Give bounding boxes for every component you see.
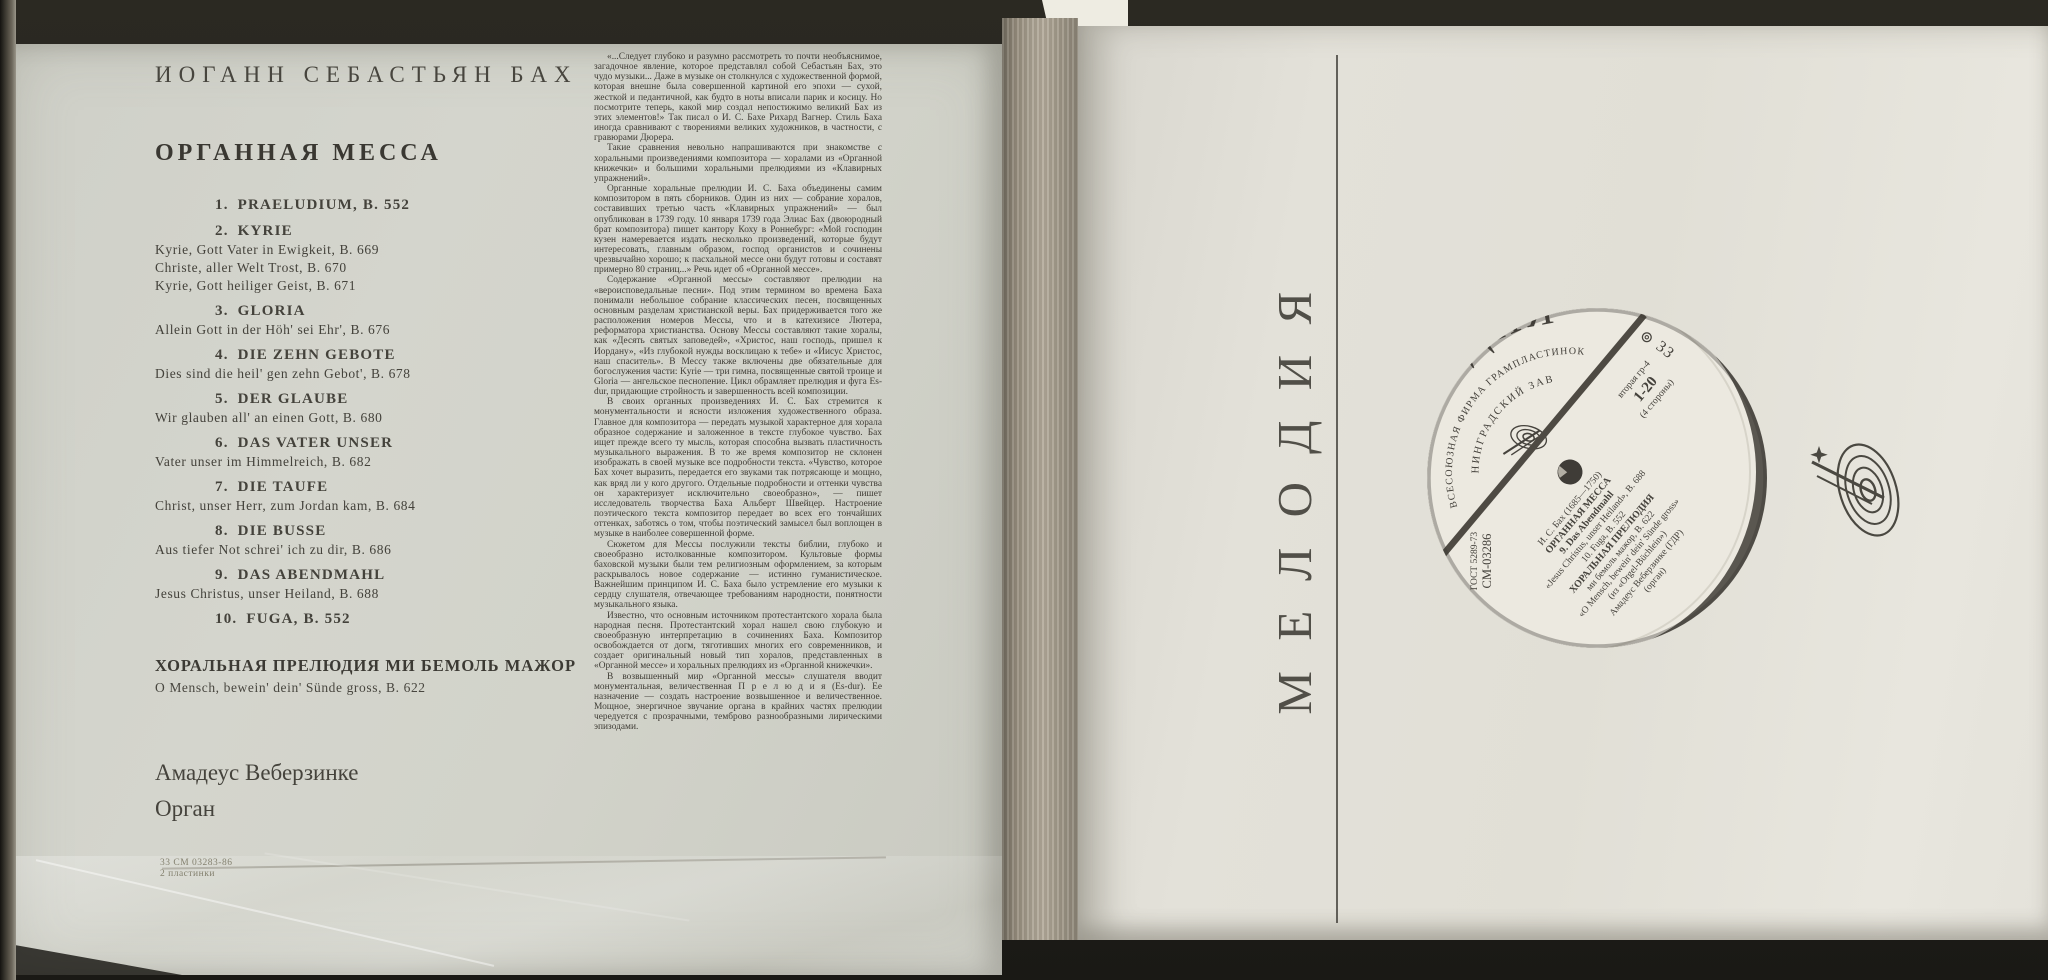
record-in-cutout: МЕЛОДИЯ ВСЕСОЮЗНАЯ ФИРМА ГРАМПЛАСТИНОК Л…: [1340, 240, 1840, 720]
label-catalog-number: СМ-03286: [1480, 534, 1494, 589]
liner-paragraph: Сюжетом для Мессы послужили тексты библи…: [594, 540, 882, 611]
liner-paragraph: В своих органных произведениях И. С. Бах…: [594, 397, 882, 539]
album-title: ОРГАННАЯ МЕССА: [155, 140, 442, 167]
catalog-small-print: 33 СМ 03283-86 2 пластинки: [160, 858, 232, 880]
liner-paragraph: «...Следует глубоко и разумно рассмотрет…: [594, 52, 882, 143]
records-count-note: 2 пластинки: [160, 869, 232, 880]
liner-paragraph: Содержание «Органной мессы» составляют п…: [594, 275, 882, 397]
brand-rule-line: [1336, 55, 1338, 923]
liner-paragraph: В возвышенный мир «Органной мессы» слуша…: [594, 672, 882, 733]
label-catalog-block: ГОСТ 5289-73 СМ-03286: [1470, 532, 1494, 591]
liner-paragraph: Известно, что основным источником протес…: [594, 611, 882, 672]
catalog-number: 33 СМ 03283-86: [160, 858, 232, 869]
chorale-title: ХОРАЛЬНАЯ ПРЕЛЮДИЯ МИ БЕМОЛЬ МАЖОР: [155, 656, 576, 676]
liner-paragraph: Такие сравнения невольно напрашиваются п…: [594, 143, 882, 184]
chorale-subtitle: O Mensch, bewein' dein' Sünde gross, B. …: [155, 680, 426, 696]
instrument-name: Орган: [155, 796, 215, 822]
album-photo: ИОГАНН СЕБАСТЬЯН БАХ ОРГАННАЯ МЕССА 1.PR…: [0, 0, 2048, 980]
artist-name: ИОГАНН СЕБАСТЬЯН БАХ: [155, 62, 578, 88]
liner-notes: «...Следует глубоко и разумно рассмотрет…: [594, 52, 882, 812]
photo-edge-shadow: [0, 0, 16, 980]
performer-name: Амадеус Веберзинке: [155, 760, 358, 786]
sleeve-spine-edge: [1002, 18, 1078, 940]
liner-paragraph: Органные хоральные прелюдии И. С. Баха о…: [594, 184, 882, 275]
label-gost: ГОСТ 5289-73: [1470, 532, 1480, 591]
melodiya-brand-text: МЕЛОДИЯ: [1259, 168, 1331, 808]
